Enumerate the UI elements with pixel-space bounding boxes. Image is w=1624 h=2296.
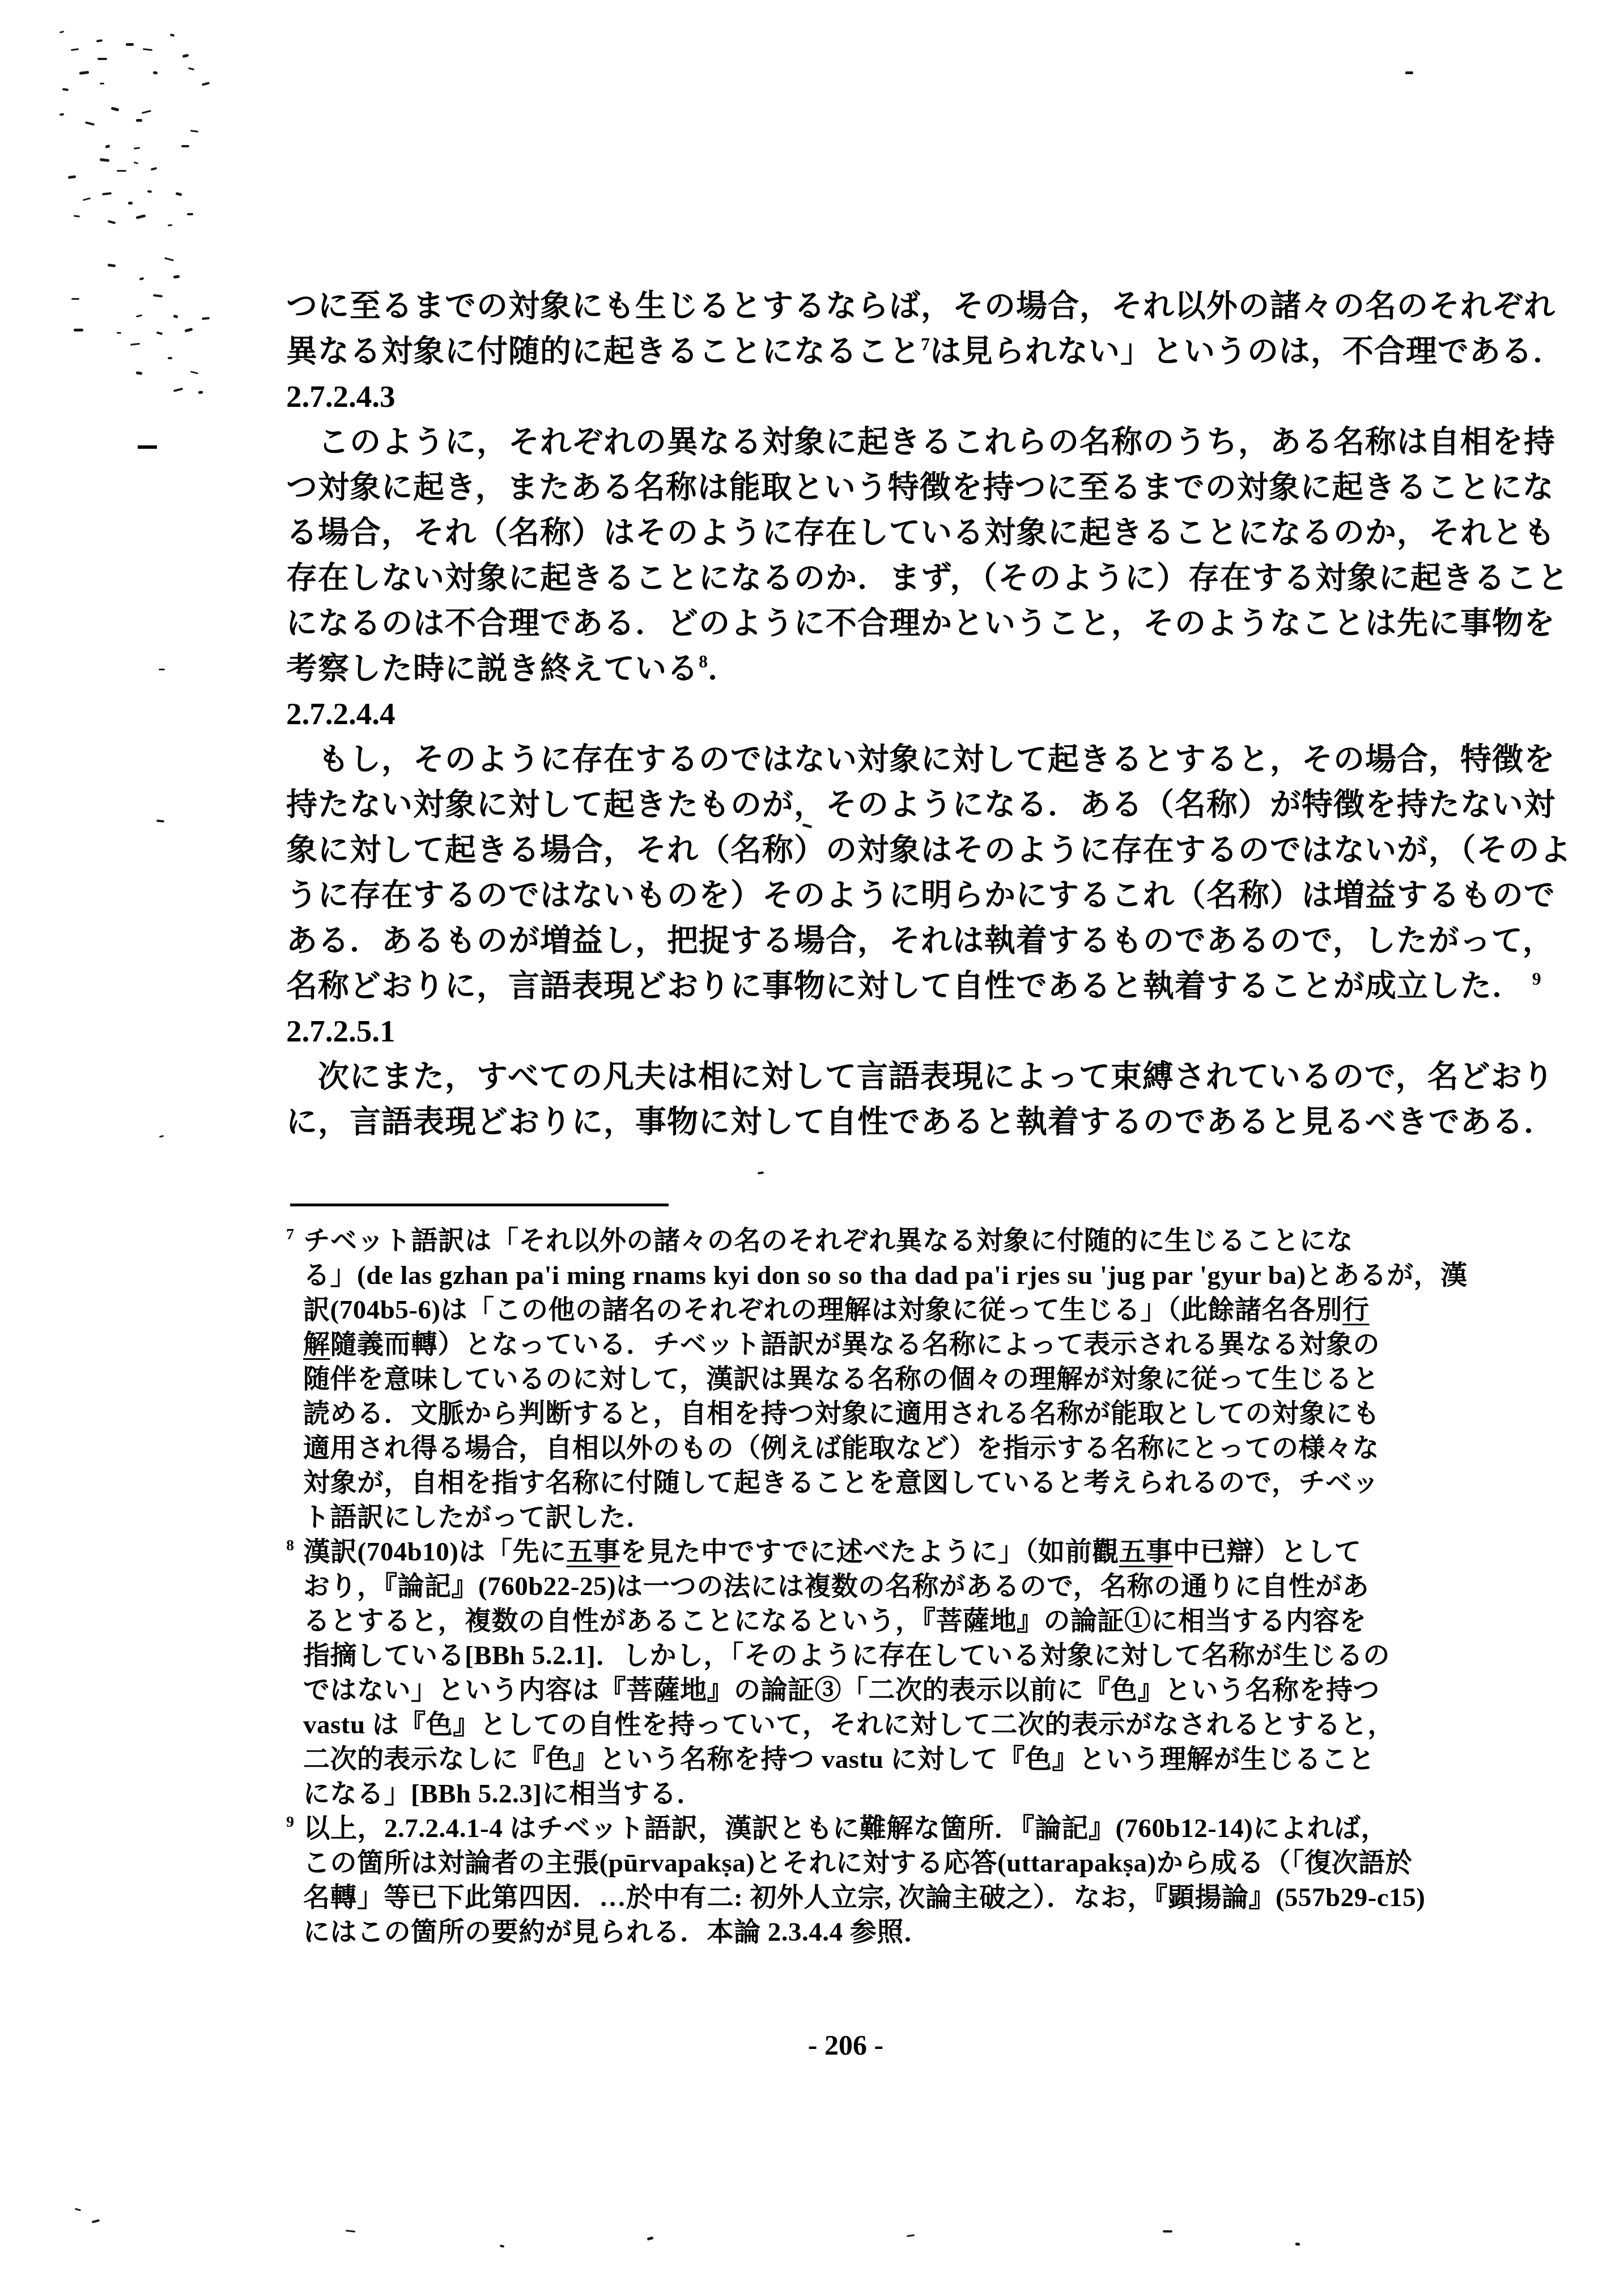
- body-text: つに至るまでの対象にも生じるとするならば，その場合，それ以外の諸々の名のそれぞれ…: [286, 283, 1414, 1145]
- text-run: つに至るまでの対象にも生じるとするならば，その場合，それ以外の諸々の名のそれぞれ: [286, 288, 1555, 323]
- text-run: る場合，それ（名称）はそのように存在している対象に起きることになるのか，それとも: [286, 515, 1555, 550]
- footnote-line: vastu は『色』としての自性を持っていて，それに対して二次的表示がなされると…: [286, 1708, 1425, 1742]
- body-line: つに至るまでの対象にも生じるとするならば，その場合，それ以外の諸々の名のそれぞれ: [286, 283, 1414, 329]
- body-line: る場合，それ（名称）はそのように存在している対象に起きることになるのか，それとも: [286, 510, 1414, 555]
- text-run: にはこの箇所の要約が見られる．本論 2.3.4.4 参照．: [303, 1917, 930, 1947]
- text-run: 持たない対象に対して起きたものが，そのようになる．ある（名称）が特徴を持たない対: [286, 787, 1555, 822]
- speckle: [100, 158, 109, 162]
- text-run: おり，『論記』(760b22-25)は一つの法には複数の名称があるので，名称の通…: [303, 1572, 1369, 1601]
- text-run: るとすると，複数の自性があることになるという，『菩薩地』の論証①に相当する内容を: [303, 1606, 1367, 1636]
- body-line: 考察した時に説き終えている8．: [286, 646, 1414, 691]
- speckle: [1163, 2230, 1172, 2233]
- body-line: ある．あるものが増益し，把捉する場合，それは執着するものであるので，したがって，: [286, 918, 1414, 963]
- body-line: このように，それぞれの異なる対象に起きるこれらの名称のうち，ある名称は自相を持: [286, 419, 1414, 465]
- section-heading: 2.7.2.4.4: [286, 691, 1414, 737]
- speckle: [111, 107, 120, 111]
- footnote-line: 名轉」等已下此第四因．…於中有二: 初外人立宗, 次論主破之）．なお，『顕揚論』…: [286, 1881, 1425, 1915]
- speckle: [136, 314, 142, 318]
- footnote-line: おり，『論記』(760b22-25)は一つの法には複数の名称があるので，名称の通…: [286, 1570, 1425, 1604]
- speckle: [156, 819, 164, 823]
- footnote-first-line: 9以上，2.7.2.4.1-4 はチベット語訳，漢訳ともに難解な箇所．『論記』(…: [286, 1812, 1425, 1846]
- section-heading: 2.7.2.4.3: [286, 374, 1414, 419]
- body-line: に，言語表現どおりに，事物に対して自性であると執着するのであると見るべきである．: [286, 1099, 1414, 1145]
- text-run: うに存在するのではないものを）そのように明らかにするこれ（名称）は増益するもので: [286, 878, 1555, 912]
- text-run: 2.7.2.4.3: [286, 379, 396, 414]
- speckle: [1405, 71, 1413, 74]
- text-run: ．: [708, 651, 739, 686]
- body-line: うに存在するのではないものを）そのように明らかにするこれ（名称）は増益するもので: [286, 873, 1414, 918]
- speckle: [153, 71, 158, 75]
- speckle: [500, 2244, 505, 2248]
- speckle: [151, 167, 158, 171]
- text-run: 読める．文脈から判断すると，自相を持つ対象に適用される名称が能取としての対象にも: [303, 1399, 1380, 1428]
- speckle: [168, 224, 172, 227]
- speckle: [62, 88, 69, 91]
- body-line: つ対象に起き，またある名称は能取という特徴を持つに至るまでの対象に起きることにな: [286, 465, 1414, 510]
- text-run: 適用され得る場合，自相以外のもの（例えば能取など）を指示する名称にとっての様々な: [303, 1434, 1379, 1463]
- speckle: [176, 192, 182, 197]
- speckle: [105, 144, 110, 148]
- footnote-line: ト語訳にしたがって訳した．: [286, 1500, 1425, 1535]
- text-run: 象に対して起きる場合，それ（名称）の対象はそのように存在するのではないが，（その…: [286, 832, 1572, 867]
- speckle: [170, 33, 175, 37]
- text-run: 漢訳(704b10)は「先に: [304, 1537, 567, 1567]
- text-run: 隨義而轉）となっている．チベット語訳が異なる名称によって表示される異なる対象の: [330, 1330, 1380, 1359]
- footnote-first-line: 8漢訳(704b10)は「先に五事を見た中ですでに述べたように」（如前觀五事中已…: [286, 1535, 1425, 1570]
- footnote-reference-superscript: 8: [699, 651, 708, 671]
- speckle: [147, 190, 152, 193]
- text-run: このように，それぞれの異なる対象に起きるこれらの名称のうち，ある名称は自相を持: [286, 424, 1555, 459]
- speckle: [134, 161, 138, 164]
- text-run: 2.7.2.5.1: [286, 1014, 396, 1048]
- speckle: [159, 669, 165, 670]
- speckle: [85, 121, 95, 126]
- text-run: 以上，2.7.2.4.1-4 はチベット語訳，漢訳ともに難解な箇所．『論記』(7…: [304, 1814, 1388, 1843]
- speckle: [74, 215, 80, 217]
- footnote-line: 解隨義而轉）となっている．チベット語訳が異なる名称によって表示される異なる対象の: [286, 1328, 1425, 1362]
- text-run: る」(de las gzhan pa'i ming rnams kyi don …: [303, 1261, 1468, 1290]
- body-line: 次にまた，すべての凡夫は相に対して言語表現によって束縛されているので，名どおり: [286, 1054, 1414, 1099]
- speckle: [102, 192, 112, 195]
- speckle: [181, 145, 189, 147]
- footnote-line: 対象が，自相を指す名称に付随して起きることを意図していると考えられるので，チベッ: [286, 1466, 1425, 1500]
- footnote-reference-superscript: 7: [921, 334, 930, 354]
- speckle: [182, 54, 189, 58]
- footnote-line: る」(de las gzhan pa'i ming rnams kyi don …: [286, 1258, 1425, 1293]
- text-run: 名轉」等已下此第四因．…於中有二: 初外人立宗, 次論主破之）．なお，『顕揚論』…: [303, 1883, 1425, 1912]
- speckle: [143, 48, 152, 51]
- text-run: vastu は『色』としての自性を持っていて，それに対して二次的表示がなされると…: [303, 1710, 1395, 1740]
- text-run: 対象が，自相を指す名称に付随して起きることを意図していると考えられるので，チベッ: [303, 1468, 1379, 1498]
- speckle: [173, 388, 183, 392]
- text-run: を見た中ですでに述べたように」（如前觀: [620, 1537, 1119, 1567]
- speckle: [134, 147, 140, 149]
- body-line: になるのは不合理である．どのように不合理かということ，そのようなことは先に事物を: [286, 601, 1414, 646]
- text-run: この箇所は対論者の主張(pūrvapakṣa)とそれに対する応答(uttarap…: [303, 1848, 1412, 1878]
- text-run: 随伴を意味しているのに対して，漢訳は異なる名称の個々の理解が対象に従って生じると: [303, 1364, 1379, 1394]
- speckle: [96, 39, 103, 42]
- speckle: [202, 82, 210, 86]
- text-run: チベット語訳は「それ以外の諸々の名のそれぞれ異なる対象に付随的に生じることにな: [304, 1226, 1354, 1256]
- speckle: [136, 371, 143, 375]
- footnote-number: 7: [286, 1226, 295, 1243]
- underlined-text: 解: [303, 1330, 330, 1359]
- footnote-line: ではない」という内容は『菩薩地』の論証③「二次的表示以前に『色』という名称を持つ: [286, 1673, 1425, 1708]
- text-run: ト語訳にしたがって訳した．: [303, 1503, 653, 1532]
- footnote-line: 適用され得る場合，自相以外のもの（例えば能取など）を指示する名称にとっての様々な: [286, 1431, 1425, 1466]
- speckle: [907, 2234, 915, 2237]
- text-run: 異なる対象に付随的に起きることになること: [286, 334, 921, 368]
- text-run: 名称どおりに，言語表現どおりに事物に対して自性であると執着することが成立した．: [286, 968, 1532, 1003]
- footnote-separator-rule: [290, 1204, 669, 1206]
- text-run: ある．あるものが増益し，把捉する場合，それは執着するものであるので，したがって，: [286, 923, 1554, 958]
- text-run: になる」[BBh 5.2.3]に相当する．: [303, 1779, 703, 1809]
- text-run: になるのは不合理である．どのように不合理かということ，そのようなことは先に事物を: [286, 606, 1555, 640]
- footnote-number: 9: [286, 1813, 295, 1831]
- underlined-text: 行: [1342, 1295, 1370, 1325]
- speckle: [168, 357, 172, 359]
- text-run: 二次的表示なしに『色』という名称を持つ vastu に対して『色』という理解が生…: [303, 1745, 1375, 1774]
- speckle: [97, 58, 107, 60]
- speckle: [83, 197, 91, 201]
- body-line: 持たない対象に対して起きたものが，そのようになる．ある（名称）が特徴を持たない対: [286, 782, 1414, 827]
- speckle: [100, 83, 104, 84]
- text-run: 中已辯）として: [1173, 1537, 1362, 1567]
- text-run: 次にまた，すべての凡夫は相に対して言語表現によって束縛されているので，名どおり: [286, 1059, 1554, 1094]
- text-run: 2.7.2.4.4: [286, 696, 396, 731]
- speckle: [198, 391, 203, 394]
- speckle: [71, 298, 79, 300]
- footnote-line: 訳(704b5-6)は「この他の諸名のそれぞれの理解は対象に従って生じる」（此餘…: [286, 1293, 1425, 1328]
- footnote-number: 8: [286, 1537, 295, 1554]
- text-run: つ対象に起き，またある名称は能取という特徴を持つに至るまでの対象に起きることにな: [286, 470, 1554, 504]
- speckle: [108, 220, 116, 224]
- margin-dash-mark: [138, 445, 157, 449]
- footnote-line: にはこの箇所の要約が見られる．本論 2.3.4.4 参照．: [286, 1915, 1425, 1950]
- page-number: - 206 -: [286, 2029, 1405, 2061]
- speckle: [130, 343, 140, 346]
- speckle: [128, 202, 133, 205]
- scanned-document-page: つに至るまでの対象にも生じるとするならば，その場合，それ以外の諸々の名のそれぞれ…: [0, 0, 1624, 2296]
- speckle: [647, 2237, 654, 2241]
- speckle: [74, 329, 83, 331]
- footnote-reference-superscript: 9: [1532, 968, 1541, 989]
- underlined-text: 五事: [1119, 1537, 1173, 1567]
- body-line: 名称どおりに，言語表現どおりに事物に対して自性であると執着することが成立した． …: [286, 963, 1414, 1009]
- speckle: [1295, 2243, 1300, 2246]
- underlined-text: 五事: [566, 1537, 620, 1567]
- footnote-line: 二次的表示なしに『色』という名称を持つ vastu に対して『色』という理解が生…: [286, 1742, 1425, 1777]
- speckle: [173, 314, 178, 318]
- speckle: [190, 130, 198, 133]
- speckle: [185, 328, 193, 332]
- speckle: [188, 67, 194, 71]
- speckle: [68, 175, 76, 179]
- text-run: 指摘している[BBh 5.2.1]．しかし，「そのように存在している対象に対して…: [303, 1641, 1390, 1670]
- speckle: [187, 213, 193, 215]
- text-run: 考察した時に説き終えている: [286, 651, 699, 686]
- speckle: [59, 113, 64, 116]
- speckle: [190, 371, 198, 374]
- speckle: [758, 1171, 764, 1174]
- text-run: ではない」という内容は『菩薩地』の論証③「二次的表示以前に『色』という名称を持つ: [303, 1676, 1380, 1705]
- speckle: [79, 71, 89, 75]
- speckle: [75, 2208, 81, 2212]
- body-line: もし，そのように存在するのではない対象に対して起きるとすると，その場合，特徴を: [286, 737, 1414, 782]
- speckle: [117, 332, 121, 334]
- footnote-first-line: 7チベット語訳は「それ以外の諸々の名のそれぞれ異なる対象に付随的に生じることにな: [286, 1224, 1425, 1258]
- speckle: [136, 119, 142, 122]
- footnote-line: るとすると，複数の自性があることになるという，『菩薩地』の論証①に相当する内容を: [286, 1604, 1425, 1639]
- speckle: [173, 275, 180, 278]
- body-line: 象に対して起きる場合，それ（名称）の対象はそのように存在するのではないが，（その…: [286, 827, 1414, 873]
- text-run: もし，そのように存在するのではない対象に対して起きるとすると，その場合，特徴を: [286, 742, 1555, 776]
- speckle: [136, 214, 146, 219]
- footnote-line: この箇所は対論者の主張(pūrvapakṣa)とそれに対する応答(uttarap…: [286, 1846, 1425, 1881]
- speckle: [164, 257, 174, 261]
- speckle: [59, 31, 64, 33]
- text-run: は見られない」というのは，不合理である．: [930, 334, 1565, 368]
- footnote-line: になる」[BBh 5.2.3]に相当する．: [286, 1777, 1425, 1812]
- body-line: 異なる対象に付随的に起きることになること7は見られない」というのは，不合理である…: [286, 329, 1414, 374]
- speckle: [117, 170, 126, 172]
- footnote-line: 指摘している[BBh 5.2.1]．しかし，「そのように存在している対象に対して…: [286, 1639, 1425, 1673]
- speckle: [142, 110, 151, 114]
- speckle: [156, 331, 163, 335]
- footnote-line: 読める．文脈から判断すると，自相を持つ対象に適用される名称が能取としての対象にも: [286, 1397, 1425, 1431]
- footnote-line: 随伴を意味しているのに対して，漢訳は異なる名称の個々の理解が対象に従って生じると: [286, 1362, 1425, 1397]
- speckle: [153, 294, 163, 297]
- footnotes: 7チベット語訳は「それ以外の諸々の名のそれぞれ異なる対象に付随的に生じることにな…: [286, 1224, 1425, 1950]
- speckle: [139, 277, 144, 280]
- text-run: 訳(704b5-6)は「この他の諸名のそれぞれの理解は対象に従って生じる」（此餘…: [303, 1295, 1342, 1325]
- section-heading: 2.7.2.5.1: [286, 1009, 1414, 1054]
- speckle: [92, 2219, 100, 2223]
- body-line: 存在しない対象に起きることになるのか．まず，（そのように）存在する対象に起きるこ…: [286, 555, 1414, 601]
- speckle: [202, 317, 210, 320]
- speckle: [159, 1135, 164, 1138]
- text-run: 存在しない対象に起きることになるのか．まず，（そのように）存在する対象に起きるこ…: [286, 560, 1569, 595]
- speckle: [346, 2230, 355, 2233]
- speckle: [71, 48, 79, 51]
- speckle: [108, 263, 116, 267]
- speckle: [126, 43, 134, 46]
- text-run: に，言語表現どおりに，事物に対して自性であると執着するのであると見るべきである．: [286, 1104, 1555, 1139]
